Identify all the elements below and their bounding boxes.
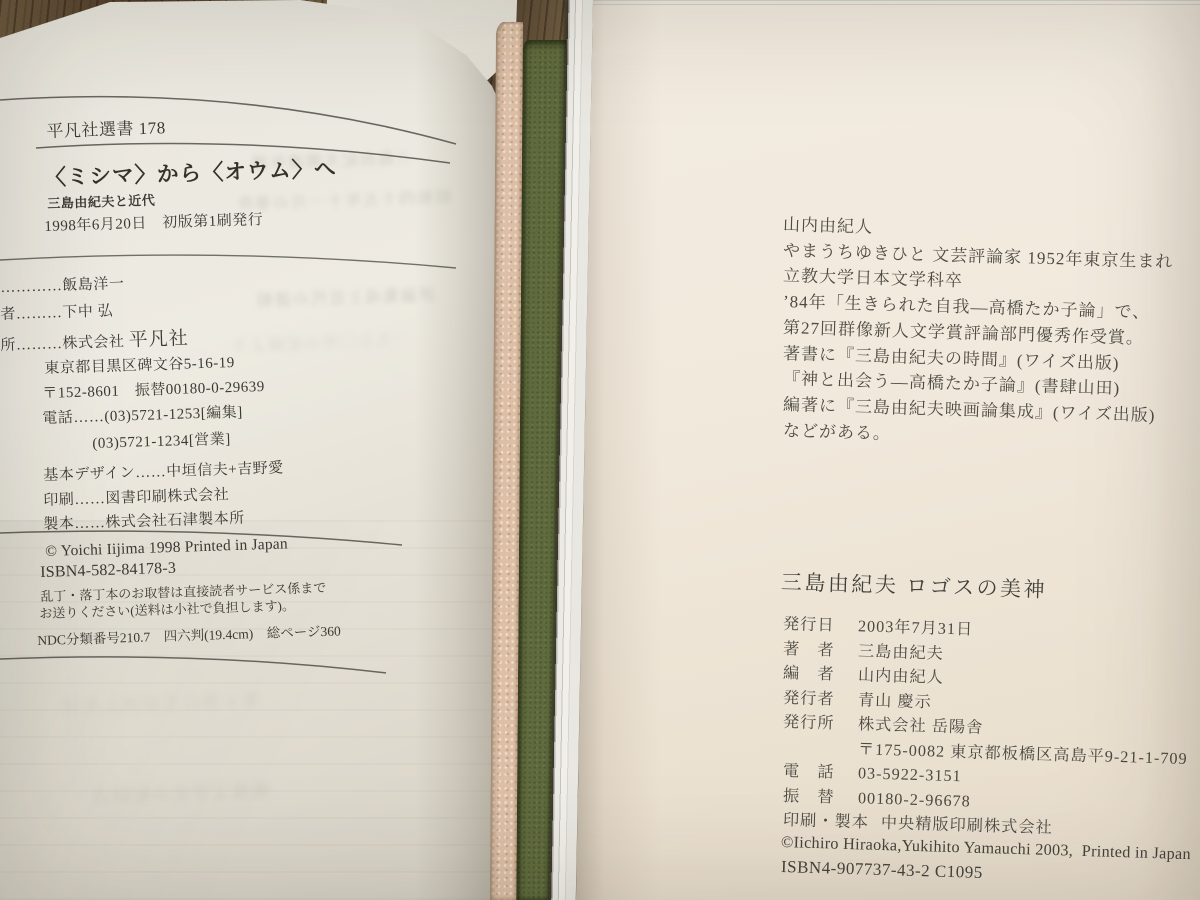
row-value: 株式会社 岳陽舎 xyxy=(858,712,984,740)
row-label: 著 者 xyxy=(783,637,847,663)
row-label: 発行日 xyxy=(783,612,847,638)
row-value: 03-5922-3151 xyxy=(858,761,962,789)
author-credit-row: …………飯島洋一 xyxy=(0,272,125,297)
colophon-block: 発行日2003年7月31日 著 者三島由紀夫 編 者山内由紀人 発行者青山 慶示… xyxy=(783,612,1188,833)
row-value: 00180-2-96678 xyxy=(858,786,971,814)
author-name: 飯島洋一 xyxy=(62,276,124,294)
left-book-colophon-page: 三島由紀夫関連年譜 昭和四十五年十一月の事件 評論集成と近代の諸相 一九七〇年の… xyxy=(0,0,506,900)
phone-sales: (03)5721-1234[営業] xyxy=(92,428,231,453)
right-book-title: 三島由紀夫 ロゴスの美神 xyxy=(781,566,1048,604)
isbn-number: ISBN4-907737-43-2 C1095 xyxy=(781,857,983,883)
right-page-top-edge xyxy=(576,0,1200,7)
right-book-colophon-page: 山内由紀人 やまうちゆきひと 文芸評論家 1952年東京生まれ 立教大学日本文学… xyxy=(576,0,1200,900)
row-label: 印刷・製本 xyxy=(783,808,870,835)
row-value: 三島由紀夫 xyxy=(858,639,945,666)
row-label: 振 替 xyxy=(783,784,847,810)
left-book-subtitle: 三島由紀夫と近代 xyxy=(47,190,156,212)
publisher-person-row: 者………下中 弘 xyxy=(0,299,113,324)
photo-of-two-book-colophon-pages: 三島由紀夫関連年譜 昭和四十五年十一月の事件 評論集成と近代の諸相 一九七〇年の… xyxy=(0,0,1200,900)
company-prefix: 株式会社 xyxy=(62,334,129,352)
row-label: 編 者 xyxy=(783,661,847,687)
row-label: 電 話 xyxy=(783,759,847,785)
row-label: 発行所 xyxy=(783,710,847,736)
label-fragment: 者……… xyxy=(0,305,62,323)
row-label: 発行者 xyxy=(783,686,847,712)
leader-dots: ………… xyxy=(0,278,62,296)
row-value: 山内由紀人 xyxy=(858,663,945,690)
series-number: 平凡社選書 178 xyxy=(46,113,166,142)
publisher-name: 平凡社 xyxy=(128,328,189,351)
row-value: 2003年7月31日 xyxy=(858,614,974,642)
publisher-person-name: 下中 弘 xyxy=(62,303,113,321)
label-fragment: 所……… xyxy=(0,336,62,354)
row-label xyxy=(783,735,847,761)
editor-bio-block: 山内由紀人 やまうちゆきひと 文芸評論家 1952年東京生まれ 立教大学日本文学… xyxy=(783,212,1174,443)
row-value: 青山 慶示 xyxy=(858,688,932,715)
